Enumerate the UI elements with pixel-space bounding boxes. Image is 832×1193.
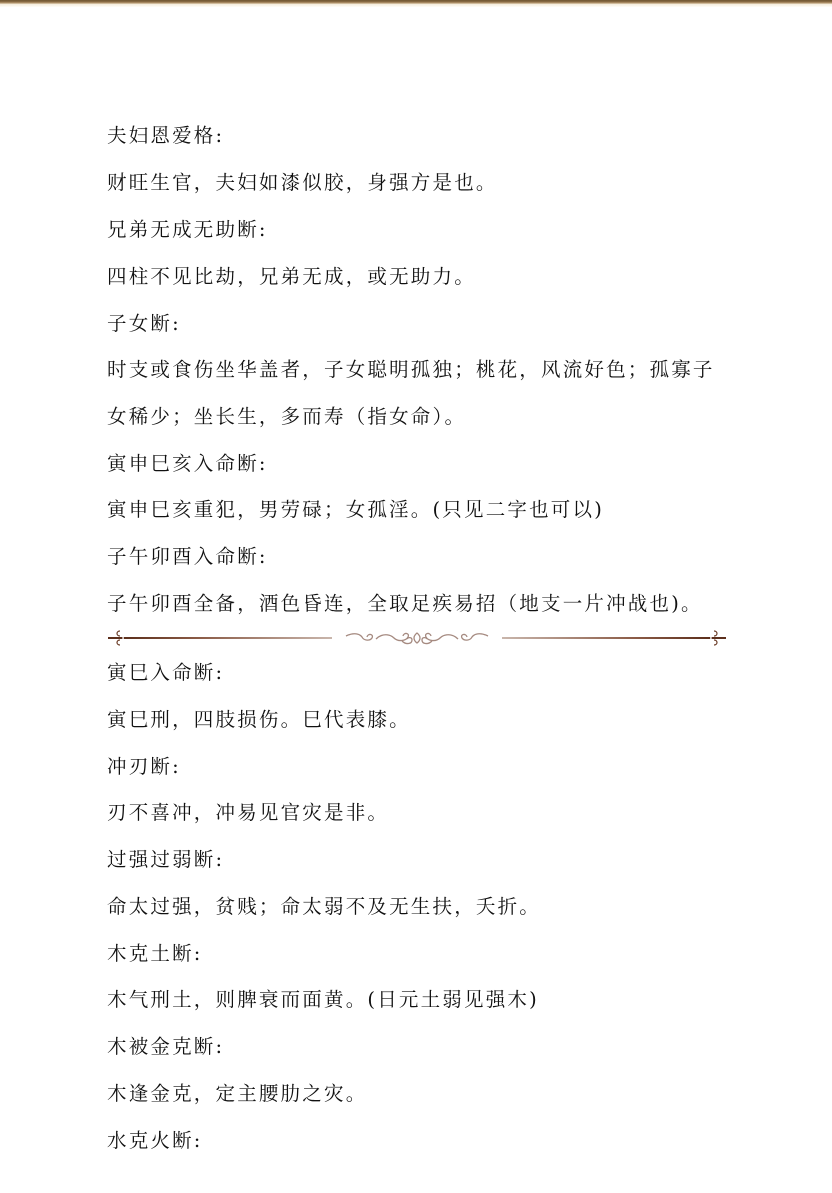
section-body-line: 木气刑土，则脾衰而面黄。(日元土弱见强木) xyxy=(107,988,539,1012)
section-body-line: 木逢金克，定主腰肋之灾。 xyxy=(107,1082,367,1106)
section-body-line: 财旺生官，夫妇如漆似胶，身强方是也。 xyxy=(107,171,498,195)
section-heading: 夫妇恩爱格: xyxy=(107,124,224,148)
section-heading: 木被金克断: xyxy=(107,1035,224,1059)
section-body-line: 寅巳刑，四肢损伤。巳代表膝。 xyxy=(107,708,411,732)
page-top-border-fade xyxy=(0,4,832,7)
section-body-line: 四柱不见比劫，兄弟无成，或无助力。 xyxy=(107,265,476,289)
section-heading: 寅申巳亥入命断: xyxy=(107,452,268,476)
section-heading: 子女断: xyxy=(107,312,181,336)
section-body-line: 命太过强，贫贱；命太弱不及无生扶，夭折。 xyxy=(107,895,541,919)
section-body-line: 寅申巳亥重犯，男劳碌；女孤淫。(只见二字也可以) xyxy=(107,498,604,522)
divider-center-flourish-icon xyxy=(346,633,488,644)
section-body-line: 子午卯酉全备，酒色昏连，全取足疾易招（地支一片冲战也)。 xyxy=(107,592,703,616)
section-body-line: 刃不喜冲，冲易见官灾是非。 xyxy=(107,801,389,825)
section-heading: 寅巳入命断: xyxy=(107,661,224,685)
section-heading: 木克土断: xyxy=(107,942,203,966)
section-heading: 冲刃断: xyxy=(107,755,181,779)
section-heading: 兄弟无成无助断: xyxy=(107,218,268,242)
divider-right-finial-icon xyxy=(709,631,726,645)
section-body-line: 女稀少；坐长生，多而寿（指女命）。 xyxy=(107,405,466,429)
section-heading: 水克火断: xyxy=(107,1129,203,1153)
ornamental-divider xyxy=(106,628,728,648)
section-heading: 过强过弱断: xyxy=(107,848,224,872)
section-heading: 子午卯酉入命断: xyxy=(107,545,268,569)
divider-left-finial-icon xyxy=(108,631,125,645)
section-body-line: 时支或食伤坐华盖者，子女聪明孤独；桃花，风流好色；孤寡子 xyxy=(107,358,715,382)
